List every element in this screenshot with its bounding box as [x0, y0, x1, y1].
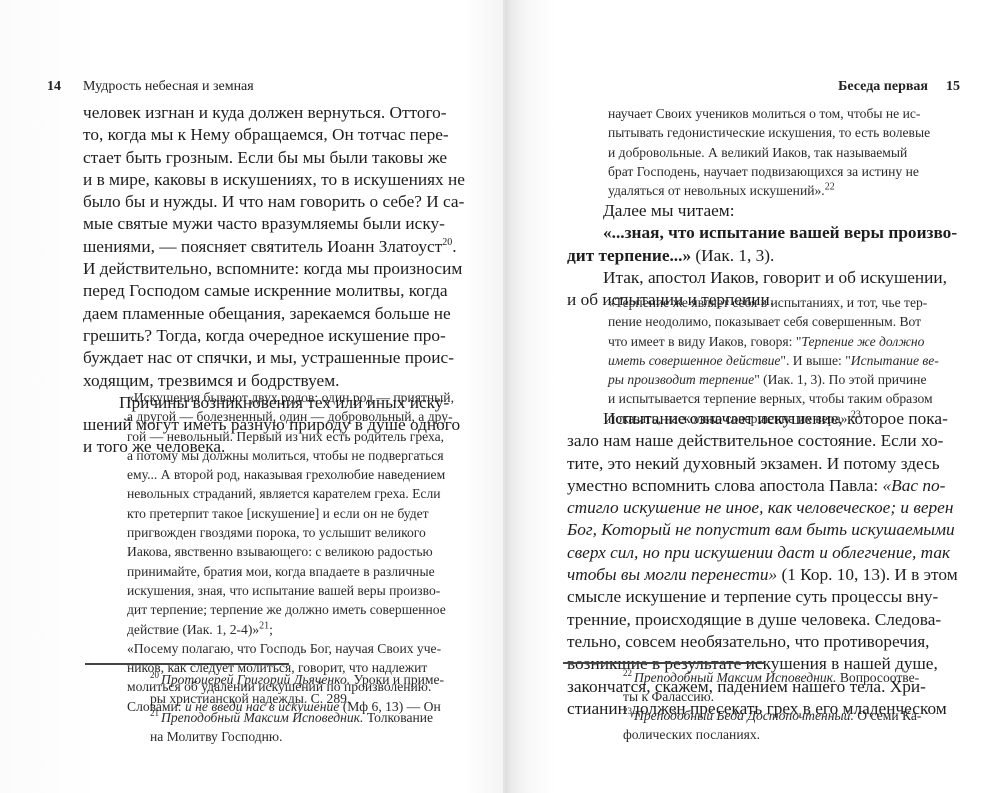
- footnote-text: Толкование: [363, 710, 433, 725]
- block-quote-continuation: научает Своих учеников молиться о том, ч…: [608, 104, 956, 200]
- quote-line: действие (Иак. 1, 2-4)»21;: [127, 620, 475, 639]
- text-line: буждает нас от спячки, и мы, устрашенные…: [83, 347, 475, 369]
- text-line: сверх сил, но при искушении даст и облег…: [567, 542, 959, 564]
- text-line: грешить? Тогда, когда очередное искушени…: [83, 325, 475, 347]
- text-span: ". И выше: ": [780, 353, 850, 368]
- quote-line: «Посему полагаю, что Господь Бог, научая…: [127, 639, 475, 658]
- text-span: ;: [269, 622, 273, 637]
- text-line: дит терпение...» (Иак. 1, 3).: [567, 245, 959, 267]
- text-line: Бог, Который не попустит вам быть искуша…: [567, 519, 959, 541]
- footnote-text: О семи Ка-: [854, 708, 922, 723]
- quote-line: а потому мы должны молиться, чтобы не по…: [127, 446, 475, 465]
- quote-line: дит терпение; терпение же должно иметь с…: [127, 600, 475, 619]
- text-line: шениями, — поясняет святитель Иоанн Злат…: [83, 236, 475, 258]
- footnote-divider: [563, 662, 765, 664]
- text-line: Далее мы читаем:: [567, 200, 959, 222]
- text-line: чтобы вы могли перенести» (1 Кор. 10, 13…: [567, 564, 959, 586]
- text-span: что имеет в виду Иаков, говоря: ": [608, 334, 801, 349]
- quote-line: удаляться от невольных искушений».22: [608, 181, 956, 200]
- bold-scripture-quote: «...зная, что испытание вашей веры произ…: [603, 223, 957, 242]
- quote-line: и добровольные. А великий Иаков, так наз…: [608, 143, 956, 162]
- quote-line: гой — невольный. Первый из них есть роди…: [127, 427, 475, 446]
- text-line: тренние, происходящие в душе человека. С…: [567, 609, 959, 631]
- italic-span: сверх сил, но при искушении даст и облег…: [567, 543, 950, 562]
- italic-span: чтобы вы могли перенести»: [567, 565, 777, 584]
- quote-line: а другой — болезненный, один — доброволь…: [127, 407, 475, 426]
- text-line: было бы и нужды. И что нам говорить о се…: [83, 191, 475, 213]
- text-span: уместно вспомнить слова апостола Павла:: [567, 476, 883, 495]
- page-number: 14: [47, 78, 61, 96]
- footnote-text: Вопросоотве-: [836, 670, 919, 685]
- left-page: 14 Мудрость небесная и земная человек из…: [0, 0, 505, 793]
- text-line: стает быть грозным. Если бы мы были тако…: [83, 147, 475, 169]
- text-line: И действительно, вспомните: когда мы про…: [83, 258, 475, 280]
- footnote-number: 20: [150, 670, 159, 680]
- block-quote: «Искушения бывают двух родов: один род —…: [127, 388, 475, 716]
- quote-line: принимайте, братия мои, когда впадаете в…: [127, 562, 475, 581]
- text-line: зало нам наше действительное состояние. …: [567, 430, 959, 452]
- quote-line: пение неодолимо, показывает себя соверше…: [608, 312, 956, 331]
- scripture-reference: (Иак. 1, 3).: [691, 246, 774, 265]
- text-line: тите, это некий духовный экзамен. И пото…: [567, 453, 959, 475]
- footnote-text: ты к Фалассию.: [623, 687, 953, 706]
- quote-line: пригвожден гвоздями порока, то услышит в…: [127, 523, 475, 542]
- text-line: тельно, совсем необязательно, что против…: [567, 631, 959, 653]
- footnote: 23Преподобный Беда Достопочтенный. О сем…: [623, 706, 953, 725]
- quote-line: «Искушения бывают двух родов: один род —…: [127, 388, 475, 407]
- quote-line: брат Господень, научает подвизающихся за…: [608, 162, 956, 181]
- right-page: Беседа первая 15 научает Своих учеников …: [505, 0, 1000, 793]
- bold-scripture-quote: дит терпение...»: [567, 246, 691, 265]
- book-spread: 14 Мудрость небесная и земная человек из…: [0, 0, 1000, 793]
- footnote: 22Преподобный Максим Исповедник. Вопросо…: [623, 668, 953, 687]
- text-line: человек изгнан и куда должен вернуться. …: [83, 102, 475, 124]
- text-line: стигло искушение не иное, как человеческ…: [567, 497, 959, 519]
- quote-line: научает Своих учеников молиться о том, ч…: [608, 104, 956, 123]
- footnote-number: 22: [623, 668, 632, 678]
- footnote-ref[interactable]: 21: [259, 620, 269, 631]
- italic-span: ры производит терпение: [608, 372, 754, 387]
- quote-line: ему... А второй род, наказывая грехолюби…: [127, 465, 475, 484]
- quote-line: пытывать гедонистические искушения, то е…: [608, 123, 956, 142]
- quote-line: ры производит терпение" (Иак. 1, 3). По …: [608, 370, 956, 389]
- text-span: (1 Кор. 10, 13). И в этом: [777, 565, 958, 584]
- running-title: Мудрость небесная и земная: [83, 78, 254, 96]
- text-line: «...зная, что испытание вашей веры произ…: [567, 222, 959, 244]
- footnote-text: ры христианской надежды. С. 289.: [150, 689, 476, 708]
- italic-span: Испытание ве-: [851, 353, 939, 368]
- text-line: уместно вспомнить слова апостола Павла: …: [567, 475, 959, 497]
- footnote-ref[interactable]: 20: [442, 237, 452, 248]
- footnote-number: 23: [623, 706, 632, 716]
- text-line: даем пламенные обещания, зарекаемся боль…: [83, 303, 475, 325]
- quote-line: кто претерпит такое [искушение] и если о…: [127, 504, 475, 523]
- footnotes: 20Протоиерей Григорий Дьяченко. Уроки и …: [150, 670, 476, 746]
- footnote-author: Преподобный Максим Исповедник.: [161, 710, 363, 725]
- text-span: " (Иак. 1, 3). По этой причине: [754, 372, 926, 387]
- text-line: перед Господом самые искренние молитвы, …: [83, 280, 475, 302]
- quote-line: «Терпение же являет себя в испытаниях, и…: [608, 293, 956, 312]
- page-number: 15: [946, 78, 960, 96]
- italic-span: «Вас по-: [883, 476, 946, 495]
- text-span: удаляться от невольных искушений».: [608, 183, 825, 198]
- footnotes: 22Преподобный Максим Исповедник. Вопросо…: [623, 668, 953, 744]
- text-line: смысле искушение и терпение суть процесс…: [567, 586, 959, 608]
- italic-span: Бог, Который не попустит вам быть искуша…: [567, 520, 955, 539]
- italic-span: стигло искушение не иное, как человеческ…: [567, 498, 953, 517]
- text-line: Испытание означает искушение, которое по…: [567, 408, 959, 430]
- footnote-text: на Молитву Господню.: [150, 727, 476, 746]
- text-span: действие (Иак. 1, 2-4)»: [127, 622, 259, 637]
- quote-line: Иакова, явственно взывающего: с великою …: [127, 542, 475, 561]
- italic-span: иметь совершенное действие: [608, 353, 780, 368]
- footnote: 21Преподобный Максим Исповедник. Толкова…: [150, 708, 476, 727]
- text-span: шениями, — поясняет святитель Иоанн Злат…: [83, 237, 442, 256]
- text-line: и в мире, каковы в искушениях, то в иску…: [83, 169, 475, 191]
- footnote-text: фолических посланиях.: [623, 725, 953, 744]
- footnote-text: Уроки и приме-: [350, 672, 444, 687]
- quote-line: иметь совершенное действие". И выше: "Ис…: [608, 351, 956, 370]
- footnote-author: Протоиерей Григорий Дьяченко.: [161, 672, 350, 687]
- quote-line: и испытывается терпение верных, чтобы та…: [608, 389, 956, 408]
- quote-line: искушения, зная, что испытание вашей вер…: [127, 581, 475, 600]
- text-line: то, когда мы к Нему обращаемся, Он тотча…: [83, 124, 475, 146]
- text-line: Итак, апостол Иаков, говорит и об искуше…: [567, 267, 959, 289]
- footnote-divider: [85, 663, 289, 665]
- footnote-author: Преподобный Беда Достопочтенный.: [634, 708, 854, 723]
- text-line: мые святые мужи часто вразумляемы были и…: [83, 213, 475, 235]
- footnote: 20Протоиерей Григорий Дьяченко. Уроки и …: [150, 670, 476, 689]
- quote-line: невольных страданий, является карателем …: [127, 484, 475, 503]
- italic-span: Терпение же должно: [801, 334, 924, 349]
- footnote-ref[interactable]: 22: [825, 182, 835, 193]
- running-title: Беседа первая: [838, 78, 928, 96]
- footnote-author: Преподобный Максим Исповедник.: [634, 670, 836, 685]
- footnote-number: 21: [150, 708, 159, 718]
- quote-line: что имеет в виду Иаков, говоря: "Терпени…: [608, 332, 956, 351]
